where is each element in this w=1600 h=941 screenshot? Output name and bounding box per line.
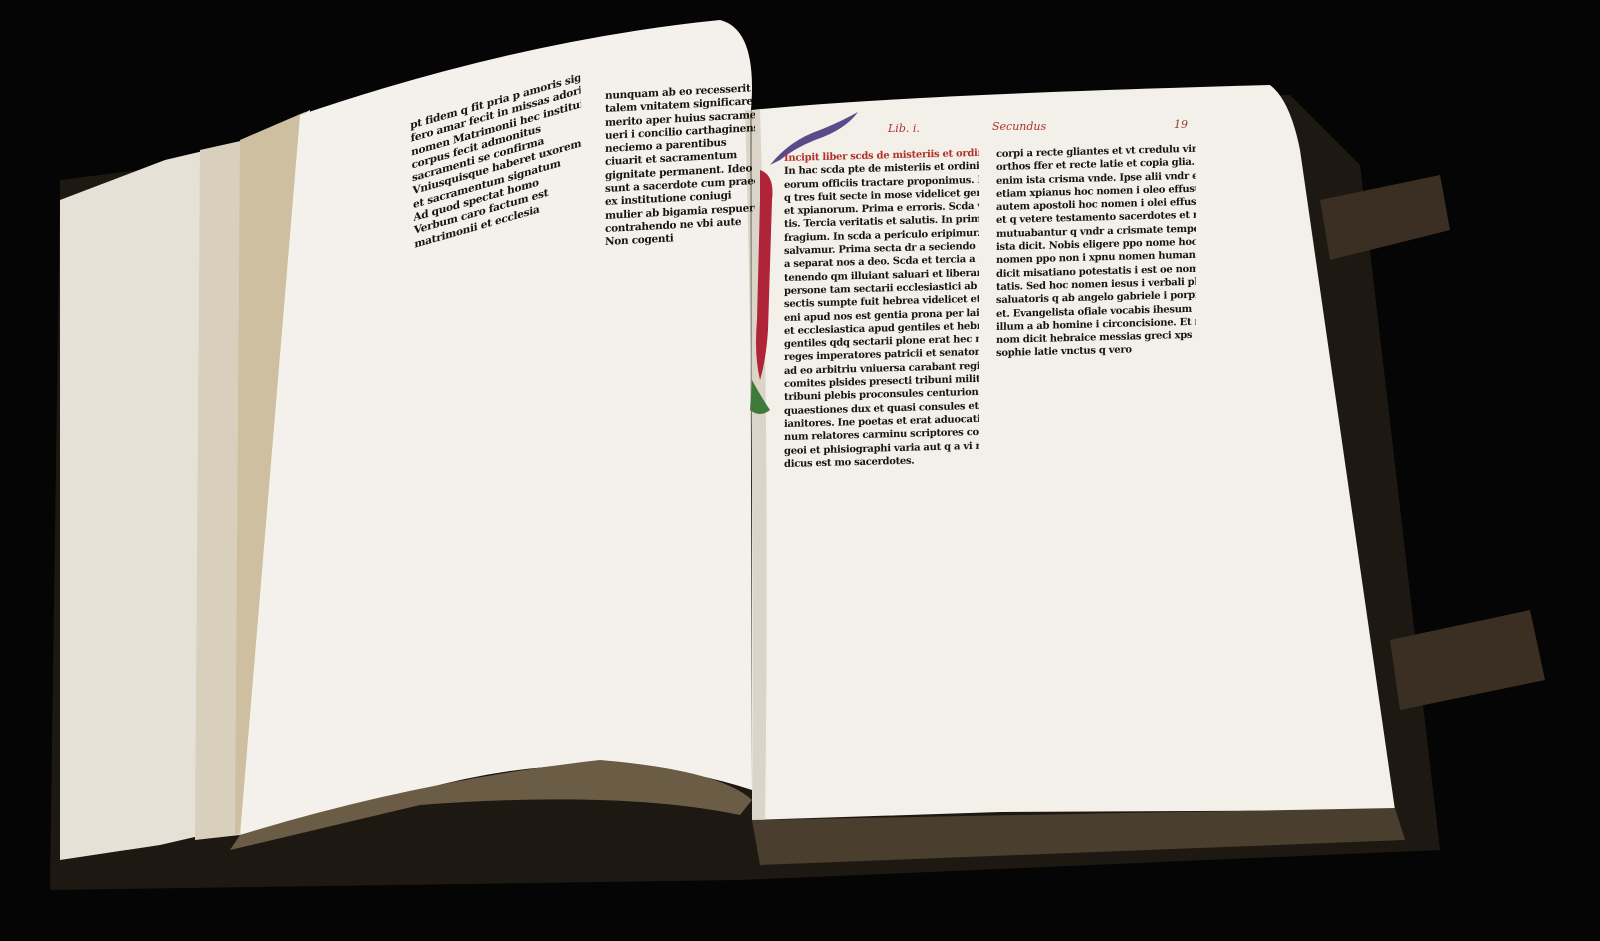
- left-column-a: pt fidem q fit pria p amoris signif fero…: [410, 72, 598, 645]
- right-column-a: Incipit liber scds de misteriis et ordin…: [784, 147, 979, 672]
- right-column-b: corpi a recte gliantes et vt credulu vin…: [996, 143, 1196, 658]
- folio-number: 19: [1174, 118, 1188, 131]
- left-column-b: nunquam ab eo recesserit nec ab eo talem…: [605, 82, 755, 610]
- book-photo: Lib. i. Secundus 19 Incipit liber scds d…: [0, 0, 1600, 941]
- running-head-right: Secundus: [992, 120, 1046, 133]
- running-head-left: Lib. i.: [888, 122, 920, 135]
